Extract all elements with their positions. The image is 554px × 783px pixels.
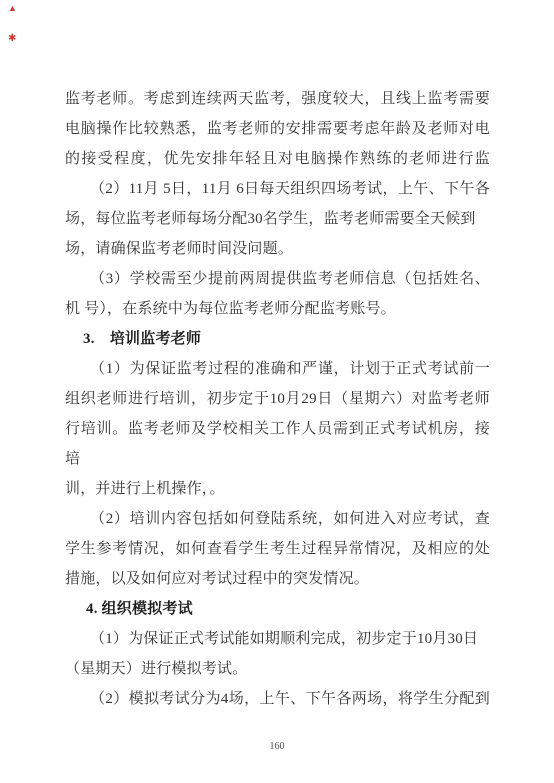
section-heading: 4. 组织模拟考试	[65, 594, 490, 624]
text-line: （3）学校需至少提前两周提供监考老师信息（包括姓名、手	[65, 264, 490, 294]
text-line: 行培训。监考老师及学校相关工作人员需到正式考试机房，接受	[65, 414, 490, 444]
text-line: 场，请确保监考老师时间没问题。	[65, 234, 490, 264]
red-mark-icon: ▲	[8, 4, 17, 13]
text-line: （2）培训内容包括如何登陆系统，如何进入对应考试，查看	[65, 504, 490, 534]
text-line: 的接受程度，优先安排年轻且对电脑操作熟练的老师进行监考。	[65, 144, 490, 174]
text-line: 培	[65, 444, 490, 474]
red-mark-icon-2: ✱	[8, 34, 16, 44]
page-number: 160	[0, 740, 554, 754]
text-line: 监考老师。考虑到连续两天监考，强度较大，且线上监考需要对	[65, 84, 490, 114]
text-line: （1）为保证正式考试能如期顺利完成，初步定于10月30日	[65, 624, 490, 654]
text-line: 学生参考情况，如何查看学生考生过程异常情况，及相应的处理	[65, 534, 490, 564]
text-line: 措施，以及如何应对考试过程中的突发情况。	[65, 564, 490, 594]
document-text-body: 监考老师。考虑到连续两天监考，强度较大，且线上监考需要对电脑操作比较熟悉，监考老…	[65, 84, 490, 714]
text-line: （2）11月 5日，11月 6日每天组织四场考试，上午、下午各两	[65, 174, 490, 204]
text-line: 机 号），在系统中为每位监考老师分配监考账号。	[65, 294, 490, 324]
text-line: 训，并进行上机操作，。	[65, 474, 490, 504]
text-line: 电脑操作比较熟悉，监考老师的安排需要考虑年龄及老师对电脑	[65, 114, 490, 144]
text-line: （1）为保证监考过程的准确和严谨，计划于正式考试前一周	[65, 354, 490, 384]
section-heading: 3. 培训监考老师	[65, 324, 490, 354]
document-page: ▲ ✱ 监考老师。考虑到连续两天监考，强度较大，且线上监考需要对电脑操作比较熟悉…	[0, 0, 554, 783]
text-line: （2）模拟考试分为4场，上午、下午各两场，将学生分配到	[65, 684, 490, 714]
text-line: （星期天）进行模拟考试。	[65, 654, 490, 684]
text-line: 场，每位监考老师每场分配30名学生，监考老师需要全天候到	[65, 204, 490, 234]
text-line: 组织老师进行培训，初步定于10月29日（星期六）对监考老师进	[65, 384, 490, 414]
